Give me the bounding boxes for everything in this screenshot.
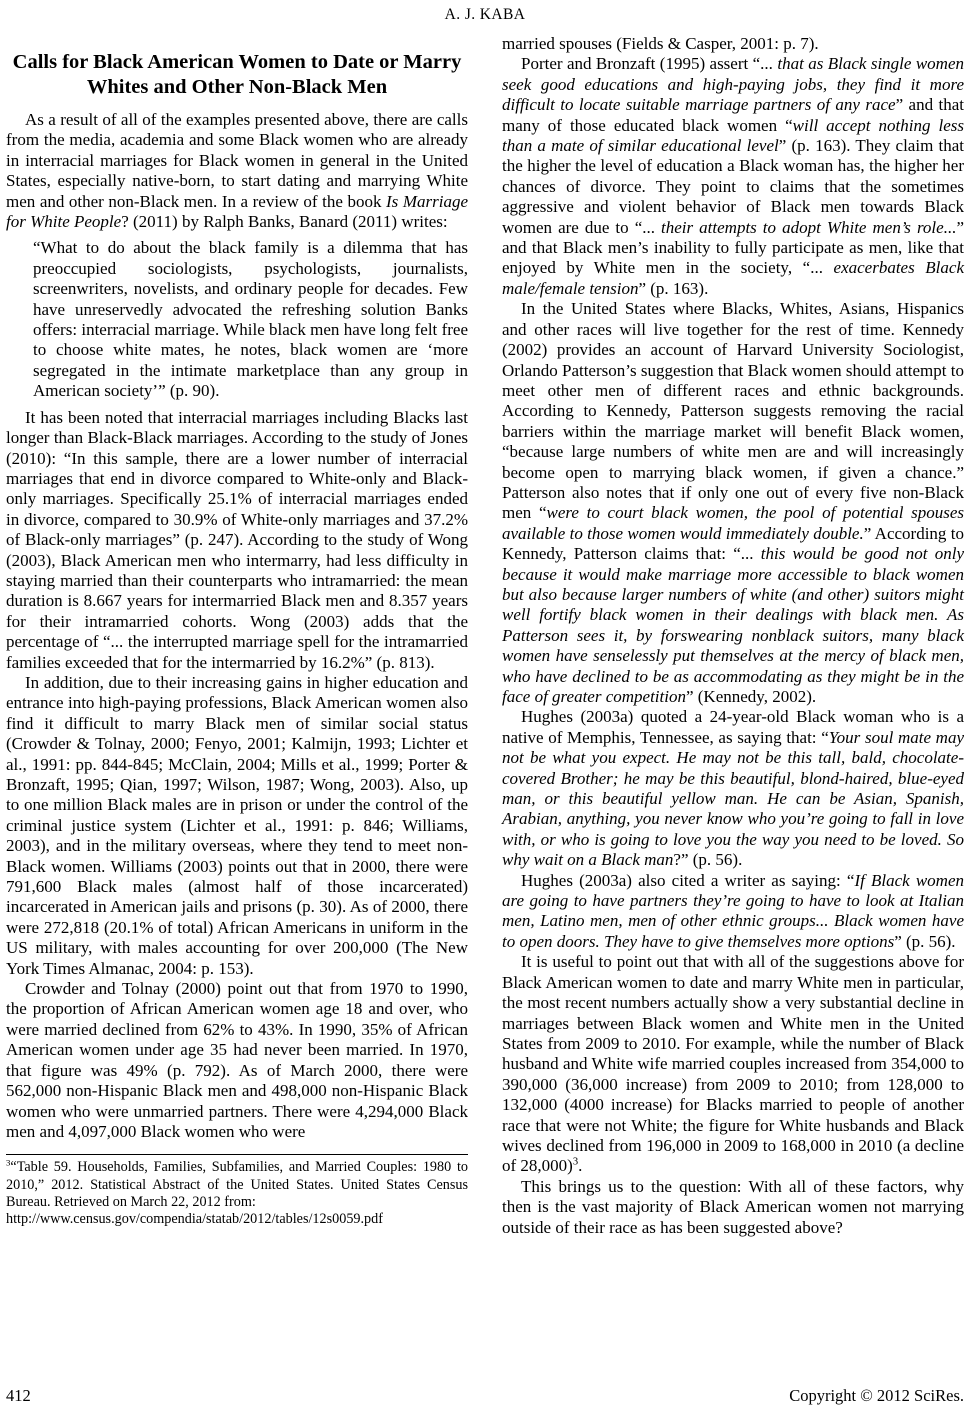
running-head: A. J. KABA xyxy=(0,0,970,24)
footnote: 3“Table 59. Households, Families, Subfam… xyxy=(6,1154,468,1228)
text-run: ” (p. 56). xyxy=(894,932,955,951)
paragraph: It is useful to point out that with all … xyxy=(502,952,964,1176)
page-number: 412 xyxy=(6,1386,31,1406)
paragraph-continuation: married spouses (Fields & Casper, 2001: … xyxy=(502,34,964,54)
paragraph: Porter and Bronzaft (1995) assert “... t… xyxy=(502,54,964,299)
text-run: ” (Kennedy, 2002). xyxy=(686,687,816,706)
text-run: It is useful to point out that with all … xyxy=(502,952,964,1175)
text-run: ?” (p. 56). xyxy=(673,850,742,869)
page-footer: 412 Copyright © 2012 SciRes. xyxy=(6,1386,964,1406)
text-run: . xyxy=(578,1156,582,1175)
footnote-url: http://www.census.gov/compendia/statab/2… xyxy=(6,1211,468,1228)
paragraph: In addition, due to their increasing gai… xyxy=(6,673,468,979)
text-run: ? (2011) by Ralph Banks, Banard (2011) w… xyxy=(121,212,447,231)
quoted-italic: Your soul mate may not be what you expec… xyxy=(502,728,964,869)
paragraph: In the United States where Blacks, White… xyxy=(502,299,964,707)
right-column: married spouses (Fields & Casper, 2001: … xyxy=(502,34,964,1238)
paper-page: A. J. KABA Calls for Black American Wome… xyxy=(0,0,970,1414)
left-column: Calls for Black American Women to Date o… xyxy=(6,34,468,1238)
text-run: In the United States where Blacks, White… xyxy=(502,299,964,522)
quoted-italic: their attempts to adopt White men’s role… xyxy=(661,218,956,237)
two-column-body: Calls for Black American Women to Date o… xyxy=(0,34,970,1238)
text-run: Hughes (2003a) also cited a writer as sa… xyxy=(521,871,854,890)
paragraph: Crowder and Tolnay (2000) point out that… xyxy=(6,979,468,1142)
text-run: “Table 59. Households, Families, Subfami… xyxy=(6,1159,468,1210)
text-run: Porter and Bronzaft (1995) assert “... xyxy=(521,54,777,73)
footnote-text: 3“Table 59. Households, Families, Subfam… xyxy=(6,1159,468,1211)
paragraph: Hughes (2003a) also cited a writer as sa… xyxy=(502,871,964,953)
copyright-notice: Copyright © 2012 SciRes. xyxy=(789,1386,964,1406)
section-title: Calls for Black American Women to Date o… xyxy=(12,50,462,99)
paragraph-closing: This brings us to the question: With all… xyxy=(502,1177,964,1238)
paragraph: It has been noted that interracial marri… xyxy=(6,408,468,673)
text-run: ” (p. 163). xyxy=(638,279,708,298)
paragraph: Hughes (2003a) quoted a 24-year-old Blac… xyxy=(502,707,964,870)
block-quote: “What to do about the black family is a … xyxy=(33,238,468,401)
quoted-italic: this would be good not only because it w… xyxy=(502,544,964,706)
paragraph-intro: As a result of all of the examples prese… xyxy=(6,110,468,232)
